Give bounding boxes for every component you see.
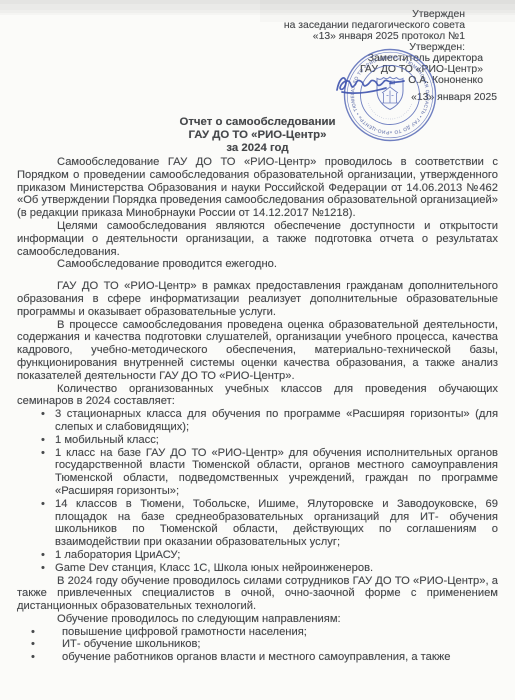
approval-date: «13» января 2025 [0, 92, 515, 103]
title-line-2: ГАУ ДО ТО «РИО-Центр» [0, 129, 515, 142]
scanned-document-page: Утвержден на заседании педагогического с… [0, 0, 515, 700]
paragraph: В процессе самообследования проведена оц… [17, 319, 498, 383]
directions-list: повышение цифровой грамотности населения… [17, 626, 498, 664]
list-item: Game Dev станция, Класс 1С, Школа юных н… [17, 562, 498, 575]
paragraph: Самообследование проводится ежегодно. [17, 258, 498, 271]
approval-line: Заместитель директора [0, 53, 483, 64]
title-line-3: за 2024 год [0, 142, 515, 155]
paragraph: Количество организованных учебных классо… [17, 383, 498, 409]
list-item: повышение цифровой грамотности населения… [17, 626, 498, 639]
approver-name: О.А. Кононенко [0, 75, 483, 86]
list-item: ИТ- обучение школьников; [17, 638, 498, 651]
approval-line: на заседании педагогического совета [0, 20, 465, 31]
document-body: Самообследование ГАУ ДО ТО «РИО-Центр» п… [17, 156, 498, 664]
paragraph: ГАУ ДО ТО «РИО-Центр» в рамках предостав… [17, 280, 498, 318]
list-item: 1 лаборатория ЦриАСУ; [17, 549, 498, 562]
approval-block: Утвержден на заседании педагогического с… [0, 0, 515, 103]
approval-line: Утвержден [0, 9, 465, 20]
list-item: 1 мобильный класс; [17, 434, 498, 447]
list-item: обучение работников органов власти и мес… [17, 651, 498, 664]
title-line-1: Отчет о самообследовании [0, 116, 515, 129]
approval-line: Утвержден: [0, 42, 465, 53]
paragraph: Обучение проводилось по следующим направ… [17, 613, 498, 626]
paragraph: Самообследование ГАУ ДО ТО «РИО-Центр» п… [17, 156, 498, 220]
class-count-list: 3 стационарных класса для обучения по пр… [17, 408, 498, 574]
list-item: 14 классов в Тюмени, Тобольске, Ишиме, Я… [17, 498, 498, 549]
document-title: Отчет о самообследовании ГАУ ДО ТО «РИО-… [0, 116, 515, 155]
approval-line: ГАУ ДО ТО «РИО-Центр» [0, 64, 483, 75]
list-item: 1 класс на базе ГАУ ДО ТО «РИО-Центр» дл… [17, 447, 498, 498]
list-item: 3 стационарных класса для обучения по пр… [17, 408, 498, 434]
approval-line: «13» января 2025 протокол №1 [0, 31, 465, 42]
paragraph: Целями самообследования являются обеспеч… [17, 220, 498, 258]
paragraph: В 2024 году обучение проводилось силами … [17, 575, 498, 613]
